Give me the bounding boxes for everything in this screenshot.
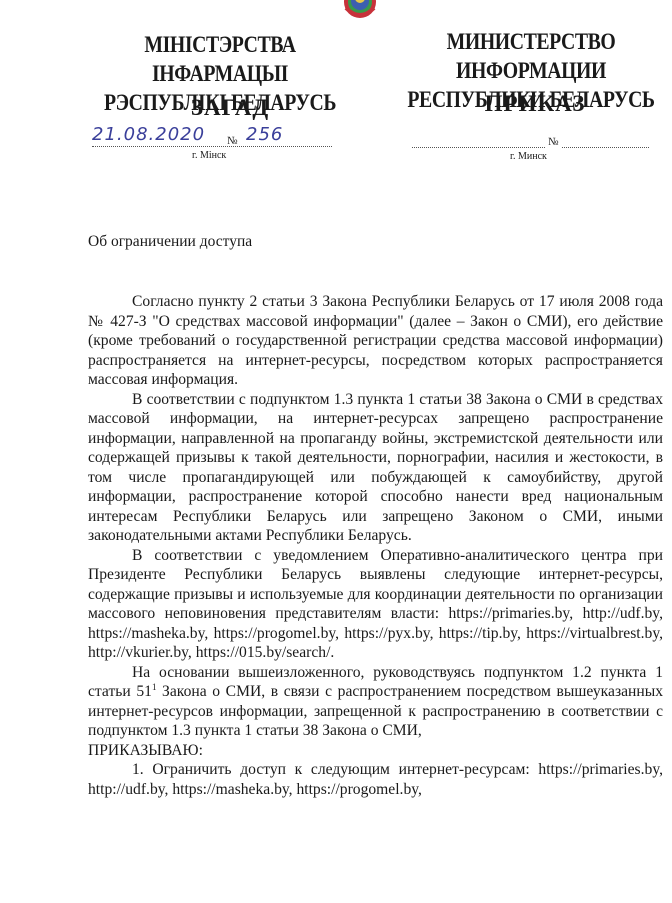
date-number-dotted-line: [92, 146, 332, 147]
coat-of-arms-emblem: [340, 0, 380, 20]
city-label: г. Мінск: [192, 150, 226, 161]
document-body: Согласно пункту 2 статьи 3 Закона Респуб…: [88, 292, 663, 799]
doc-type-belarusian: ЗАГАД: [150, 95, 310, 121]
number-label: №: [227, 135, 238, 147]
paragraph-2: В соответствии с подпунктом 1.3 пункта 1…: [88, 390, 663, 546]
ministry-line-1: МИНИСТЕРСТВО ИНФОРМАЦИИ: [406, 27, 655, 85]
number-label: №: [546, 136, 561, 148]
paragraph-3: В соответствии с уведомлением Оперативно…: [88, 546, 663, 663]
date-number-dotted-line: [412, 147, 649, 148]
paragraph-4: На основании вышеизложенного, руководств…: [88, 663, 663, 741]
document-subject: Об ограничении доступа: [88, 233, 252, 251]
order-item-1: 1. Ограничить доступ к следующим интерне…: [88, 760, 663, 799]
handwritten-number: 256: [246, 124, 283, 145]
paragraph-4-text-b: Закона о СМИ, в связи с распространением…: [88, 683, 663, 739]
city-label: г. Минск: [510, 151, 547, 162]
paragraph-1: Согласно пункту 2 статьи 3 Закона Респуб…: [88, 292, 663, 390]
order-word: ПРИКАЗЫВАЮ:: [88, 741, 663, 761]
doc-type-russian: ПРИКАЗ: [430, 91, 640, 117]
ministry-line-1: МІНІСТЭРСТВА ІНФАРМАЦЫІ: [100, 30, 341, 88]
handwritten-date: 21.08.2020: [92, 124, 205, 145]
